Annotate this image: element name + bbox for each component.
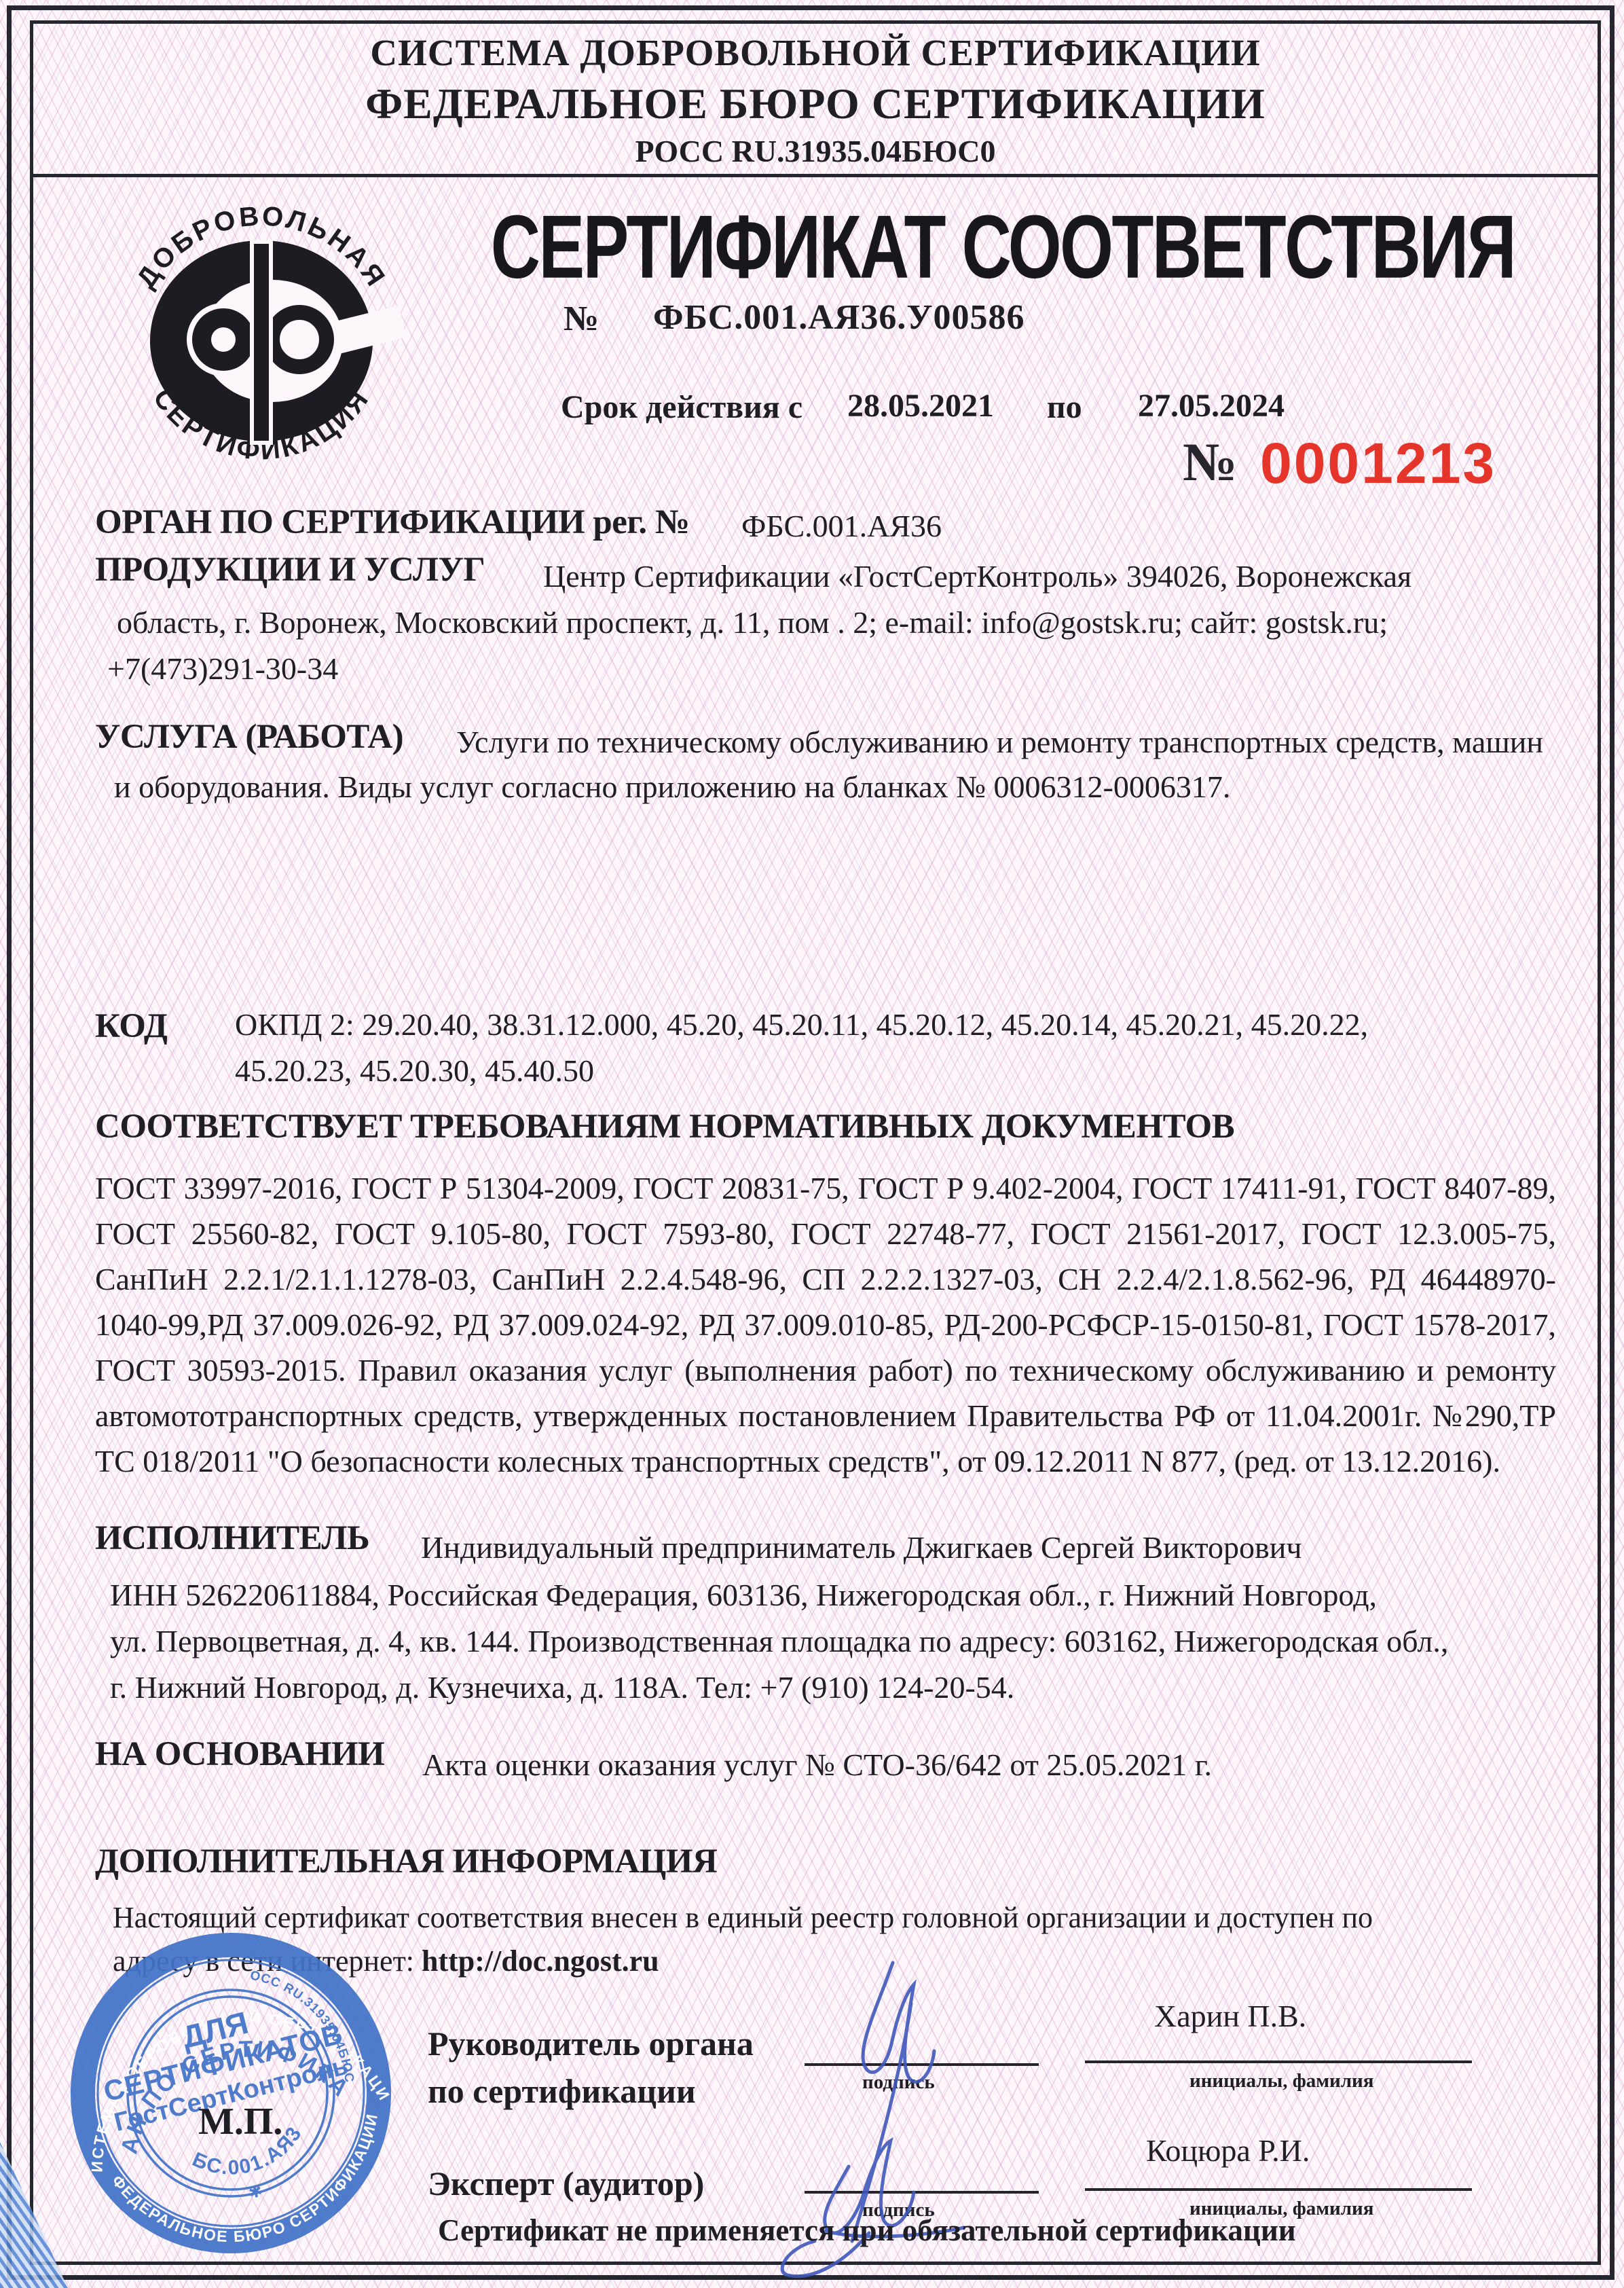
- org-value-line3: +7(473)291-30-34: [107, 651, 338, 687]
- executor-value-line4: г. Нижний Новгород, д. Кузнечиха, д. 118…: [110, 1669, 1014, 1705]
- compliance-text: ГОСТ 33997-2016, ГОСТ Р 51304-2009, ГОСТ…: [95, 1165, 1556, 1484]
- code-label: КОД: [95, 1006, 167, 1046]
- footer-note: Сертификат не применяется при обязательн…: [438, 2213, 1296, 2248]
- certificate-title-wrap: СЕРТИФИКАТ СООТВЕТСТВИЯ: [407, 201, 1597, 293]
- executor-value-line1: Индивидуальный предприниматель Джигкаев …: [421, 1529, 1302, 1565]
- basis-value: Акта оценки оказания услуг № СТО-36/642 …: [422, 1747, 1212, 1783]
- system-name: СИСТЕМА ДОБРОВОЛЬНОЙ СЕРТИФИКАЦИИ: [34, 31, 1597, 74]
- org-value-line2: область, г. Воронеж, Московский проспект…: [117, 604, 1388, 640]
- org-reg-no: ФБС.001.АЯ36: [741, 508, 942, 544]
- certification-stamp: СИСТЕМА ДОБРОВОЛЬНОЙ СЕРТИФИКАЦИИ «ФЕДЕР…: [54, 1930, 407, 2263]
- org-value-line1: Центр Сертификации «ГостСертКонтроль» 39…: [543, 558, 1411, 594]
- executor-value-line2: ИНН 526220611884, Российская Федерация, …: [110, 1577, 1377, 1613]
- executor-value-line3: ул. Первоцветная, д. 4, кв. 144. Произво…: [110, 1623, 1448, 1659]
- header-separator-line: [33, 174, 1598, 177]
- basis-label: НА ОСНОВАНИИ: [95, 1735, 384, 1774]
- additional-label: ДОПОЛНИТЕЛЬНАЯ ИНФОРМАЦИЯ: [95, 1842, 717, 1881]
- role-expert: Эксперт (аудитор): [428, 2164, 704, 2203]
- service-label: УСЛУГА (РАБОТА): [95, 717, 403, 757]
- cert-number-label: №: [564, 299, 599, 339]
- registry-url: http://doc.ngost.ru: [422, 1944, 659, 1978]
- validity-from-date: 28.05.2021: [847, 387, 994, 424]
- mp-seal-placeholder: М.П.: [198, 2100, 282, 2143]
- validity-to-label: по: [1047, 388, 1082, 426]
- org-label-line1: ОРГАН ПО СЕРТИФИКАЦИИ рег. №: [95, 503, 690, 542]
- compliance-heading: СООТВЕТСТВУЕТ ТРЕБОВАНИЯМ НОРМАТИВНЫХ ДО…: [95, 1107, 1234, 1146]
- blank-number-sign: №: [1183, 432, 1237, 494]
- validity-to-date: 27.05.2024: [1138, 387, 1285, 424]
- signer2-name: Коцюра Р.И.: [1146, 2132, 1310, 2168]
- blank-number-value: 0001213: [1260, 431, 1496, 496]
- name-label-1: инициалы, фамилия: [1189, 2070, 1373, 2092]
- role-head-line2: по сертификации: [428, 2071, 696, 2111]
- signer1-name: Харин П.В.: [1154, 1998, 1306, 2034]
- cert-number-value: ФБС.001.АЯ36.У00586: [653, 297, 1025, 338]
- code-value-line2: 45.20.23, 45.20.30, 45.40.50: [235, 1053, 594, 1089]
- code-value-line1: ОКПД 2: 29.20.40, 38.31.12.000, 45.20, 4…: [235, 1006, 1368, 1042]
- service-value-line1: Услуги по техническому обслуживанию и ре…: [456, 724, 1543, 760]
- certificate-page: СИСТЕМА ДОБРОВОЛЬНОЙ СЕРТИФИКАЦИИ ФЕДЕРА…: [0, 0, 1624, 2288]
- system-reg-number: РОСС RU.31935.04БЮС0: [34, 133, 1597, 169]
- bureau-name: ФЕДЕРАЛЬНОЕ БЮРО СЕРТИФИКАЦИИ: [34, 79, 1597, 129]
- org-label-line2: ПРОДУКЦИИ И УСЛУГ: [95, 550, 485, 589]
- role-head-line1: Руководитель органа: [428, 2024, 754, 2063]
- validity-label: Срок действия с: [561, 388, 802, 426]
- certificate-title: СЕРТИФИКАТ СООТВЕТСТВИЯ: [491, 196, 1515, 299]
- service-value-line2: и оборудования. Виды услуг согласно прил…: [114, 769, 1230, 805]
- executor-label: ИСПОЛНИТЕЛЬ: [95, 1519, 369, 1558]
- certification-logo: ДОБРОВОЛЬНАЯ СЕРТИФИКАЦИЯ: [119, 196, 404, 488]
